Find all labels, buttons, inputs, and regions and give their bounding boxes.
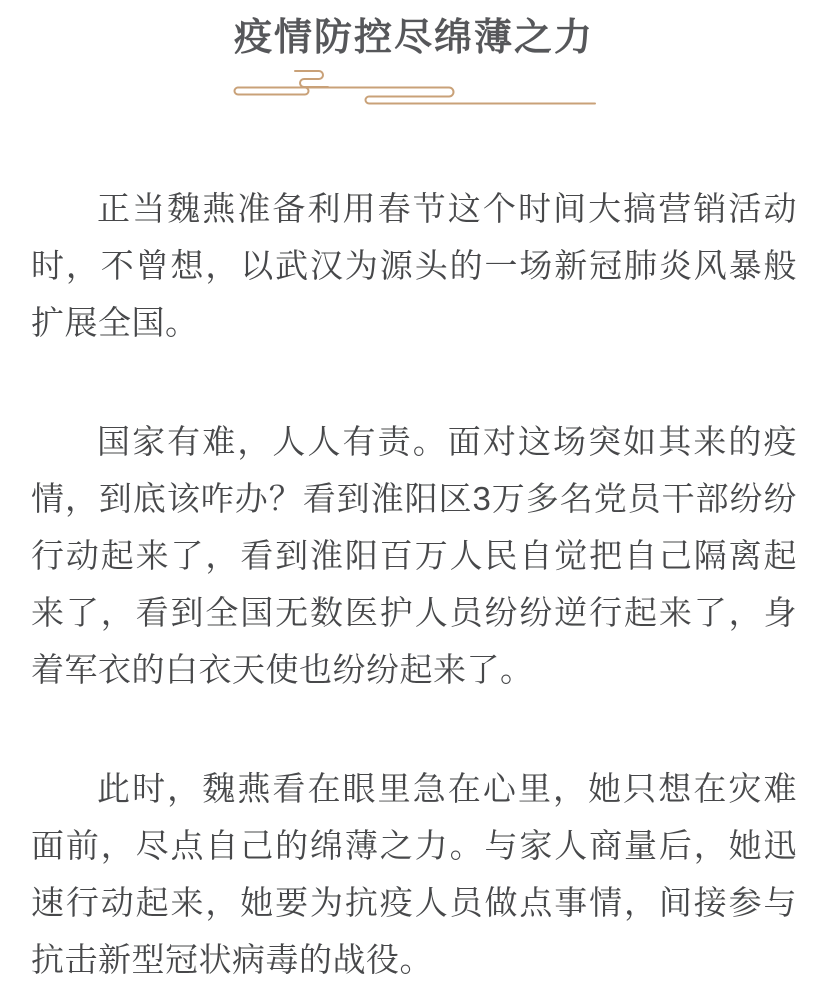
article-body: 正当魏燕准备利用春节这个时间大搞营销活动时，不曾想，以武汉为源头的一场新冠肺炎风…	[31, 180, 797, 988]
paragraph: 国家有难，人人有责。面对这场突如其来的疫情，到底该咋办？看到淮阳区3万多名党员干…	[31, 413, 797, 698]
paragraph: 此时，魏燕看在眼里急在心里，她只想在灾难面前，尽点自己的绵薄之力。与家人商量后，…	[31, 760, 797, 988]
cloud-divider-icon	[232, 65, 597, 109]
paragraph: 正当魏燕准备利用春节这个时间大搞营销活动时，不曾想，以武汉为源头的一场新冠肺炎风…	[31, 180, 797, 351]
article-page: 疫情防控尽绵薄之力 正当魏燕准备利用春节这个时间大搞营销活动时，不曾想，以武汉为…	[0, 0, 828, 990]
page-title: 疫情防控尽绵薄之力	[0, 0, 828, 61]
